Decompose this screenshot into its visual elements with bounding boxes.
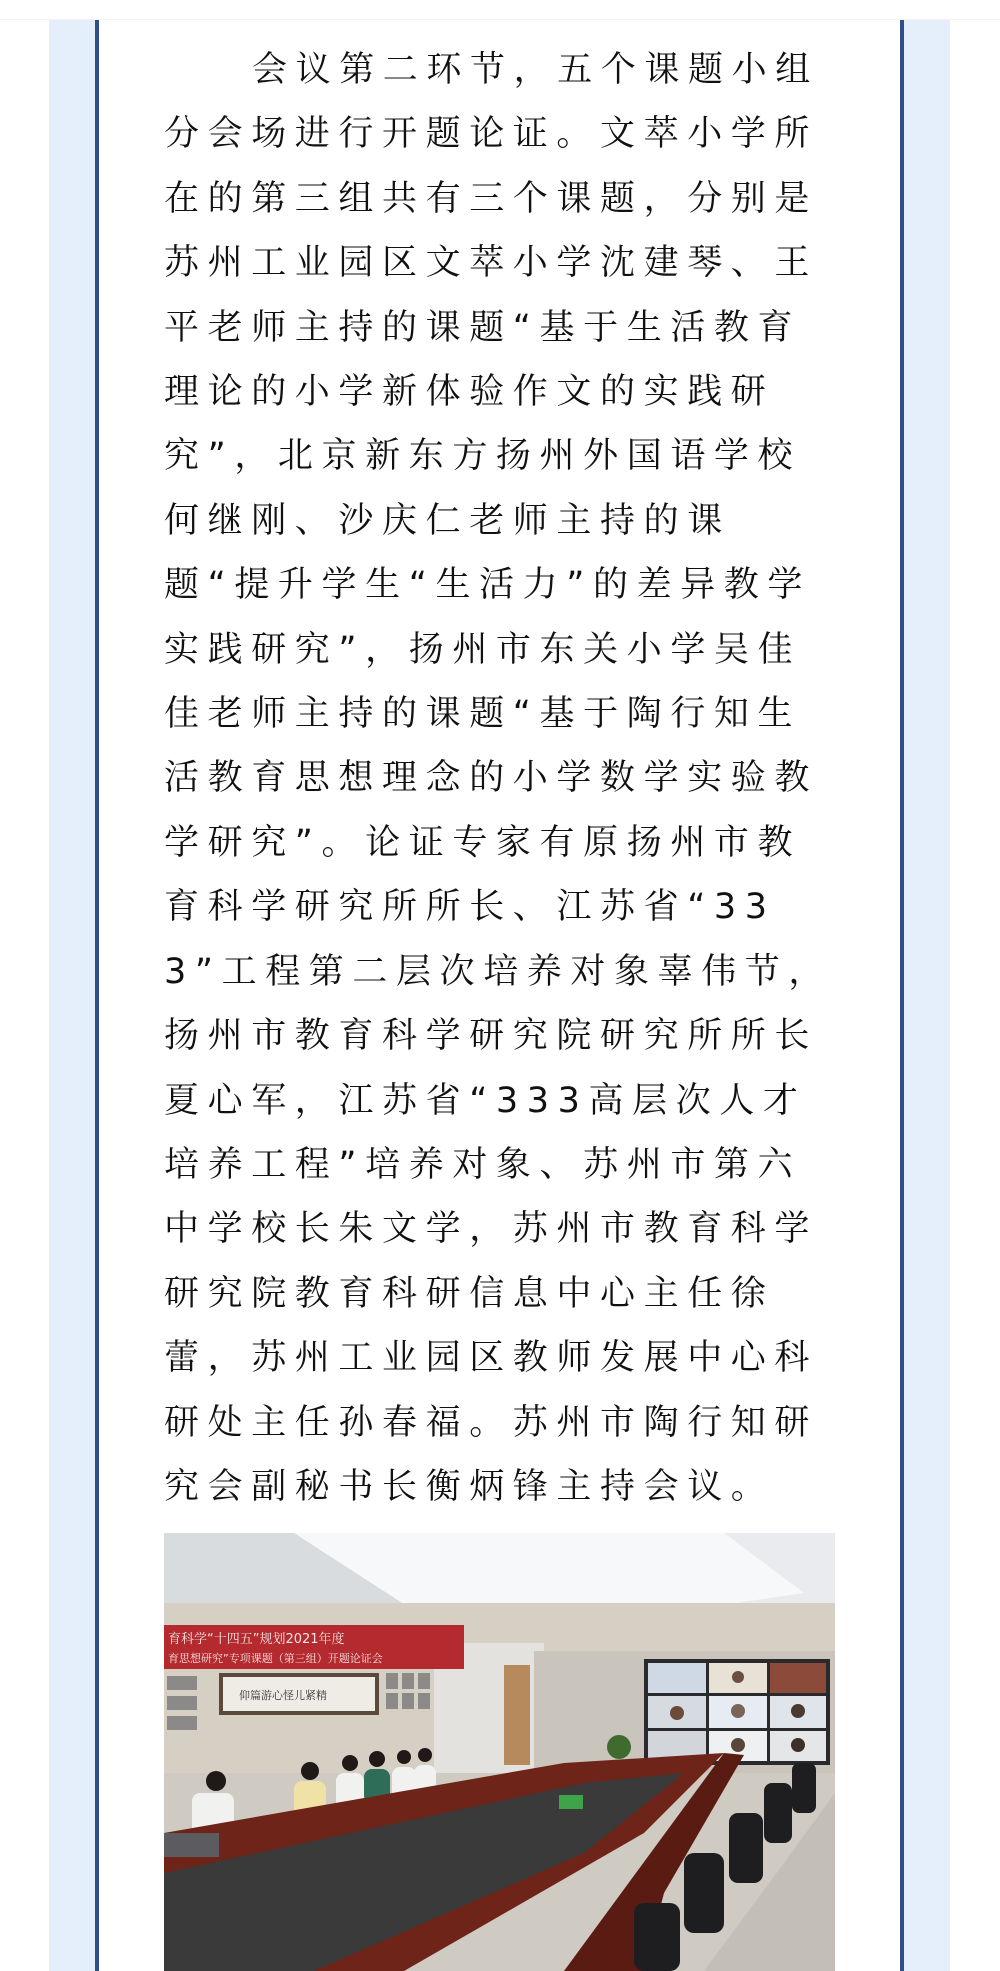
banner-line-2: 育思想研究”专项课题（第三组）开题论证会 (168, 1651, 383, 1665)
article-paragraph: 会议第二环节，五个课题小组分会场进行开题论证。文萃小学所在的第三组共有三个课题，… (164, 38, 840, 1519)
meeting-photo-illustration: 育科学“十四五”规划2021年度 育思想研究”专项课题（第三组）开题论证会 仰篇… (164, 1533, 835, 1971)
left-side-band (49, 20, 95, 1971)
right-side-band (904, 20, 950, 1971)
calligraphy-text: 仰篇游心怪儿紧精 (239, 1688, 327, 1702)
right-accent-rule (900, 20, 904, 1971)
left-accent-rule (95, 20, 99, 1971)
banner-line-1: 育科学“十四五”规划2021年度 (168, 1631, 345, 1647)
article-body: 会议第二环节，五个课题小组分会场进行开题论证。文萃小学所在的第三组共有三个课题，… (164, 38, 840, 1519)
top-strip (0, 0, 1000, 20)
meeting-photo: 育科学“十四五”规划2021年度 育思想研究”专项课题（第三组）开题论证会 仰篇… (164, 1533, 835, 1971)
